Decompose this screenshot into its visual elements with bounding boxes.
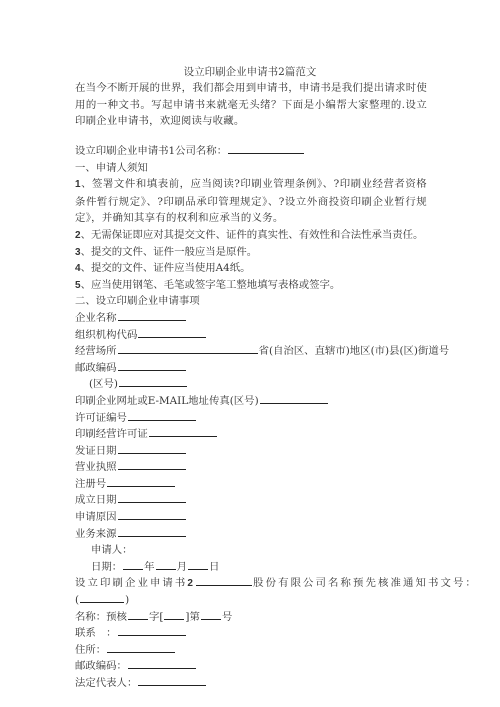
license-no-blank: [128, 410, 196, 421]
established-date-blank: [118, 492, 186, 503]
document-body: 设立印刷企业申请书1公司名称： 一、申请人须知 1、签署文件和填表前，应当阅读?…: [75, 143, 427, 692]
field-printing-license: 印刷经营许可证: [75, 426, 427, 443]
field-license-no: 许可证编号: [75, 410, 427, 427]
part1-heading: 设立印刷企业申请书1公司名称：: [75, 143, 427, 160]
document-title: 设立印刷企业申请书2篇范文: [0, 64, 500, 79]
address-blank: [107, 642, 175, 653]
number-blank: [201, 609, 221, 620]
date-line: 日期：年月日: [75, 559, 427, 576]
notice-item-2: 2、无需保证即应对其提交文件、证件的真实性、有效性和合法性承当责任。: [75, 227, 427, 244]
website-email-blank: [260, 393, 328, 404]
notice-number-blank: [80, 592, 124, 603]
enterprise-name-blank: [118, 310, 186, 321]
registration-no-blank: [107, 476, 175, 487]
field-registration-no: 注册号: [75, 476, 427, 493]
company-name-blank: [228, 143, 304, 154]
field-area-code: (区号): [75, 376, 427, 393]
part2-heading: 设立印刷企业申请书2股份有限公司名称预先核准通知书文号：: [75, 575, 427, 592]
notice-item-1: 1、签署文件和填表前，应当阅读?印刷业管理条例》、?印刷业经营者资格条件暂行规定…: [75, 176, 427, 227]
legal-rep-blank: [138, 675, 206, 686]
field-org-code: 组织机构代码: [75, 327, 427, 344]
issue-date-blank: [118, 443, 186, 454]
section2-title: 二、设立印刷企业申请事项: [75, 293, 427, 310]
business-license-blank: [118, 459, 186, 470]
postal-blank: [128, 658, 196, 669]
char-blank: [164, 609, 184, 620]
notice-item-4: 4、提交的文件、证件应当使用A4纸。: [75, 260, 427, 277]
document-page: 设立印刷企业申请书2篇范文 在当今不断开展的世界，我们都会用到申请书，申请书是我…: [0, 0, 500, 707]
reason-blank: [118, 509, 186, 520]
applicant-line: 申请人：: [75, 542, 427, 559]
field-business-place: 经营场所省(自治区、直辖市)地区(市)县(区)街道号: [75, 343, 427, 360]
field-issue-date: 发证日期: [75, 443, 427, 460]
notice-number-line: (): [75, 592, 427, 609]
intro-paragraph: 在当今不断开展的世界，我们都会用到申请书，申请书是我们提出请求时使用的一种文书。…: [75, 80, 427, 130]
prefix-blank: [128, 609, 148, 620]
legal-rep-line: 法定代表人：: [75, 675, 427, 692]
printing-license-blank: [149, 426, 217, 437]
field-established-date: 成立日期: [75, 492, 427, 509]
name-line: 名称：预核字[]第号: [75, 609, 427, 626]
month-blank: [156, 559, 176, 570]
field-reason: 申请原因: [75, 509, 427, 526]
contact-line: 联系 ：: [75, 625, 427, 642]
section1-title: 一、申请人须知: [75, 160, 427, 177]
year-blank: [123, 559, 143, 570]
notice-item-3: 3、提交的文件、证件一般应当是原件。: [75, 244, 427, 261]
field-postal-code: 邮政编码: [75, 360, 427, 377]
field-website-email: 印刷企业网址或E-MAIL地址传真(区号): [75, 393, 427, 410]
field-business-source: 业务来源: [75, 526, 427, 543]
postal-line: 邮政编码：: [75, 658, 427, 675]
field-business-license: 营业执照: [75, 459, 427, 476]
org-code-blank: [138, 327, 206, 338]
business-source-blank: [118, 526, 186, 537]
postal-code-blank: [118, 360, 186, 371]
company-blank: [196, 575, 252, 586]
notice-item-5: 5、应当使用钢笔、毛笔或签字笔工整地填写表格或签字。: [75, 277, 427, 294]
area-code-blank: [119, 376, 187, 387]
address-line: 住所：: [75, 642, 427, 659]
day-blank: [188, 559, 208, 570]
contact-blank: [118, 625, 186, 636]
field-enterprise-name: 企业名称: [75, 310, 427, 327]
business-place-blank: [118, 343, 258, 354]
